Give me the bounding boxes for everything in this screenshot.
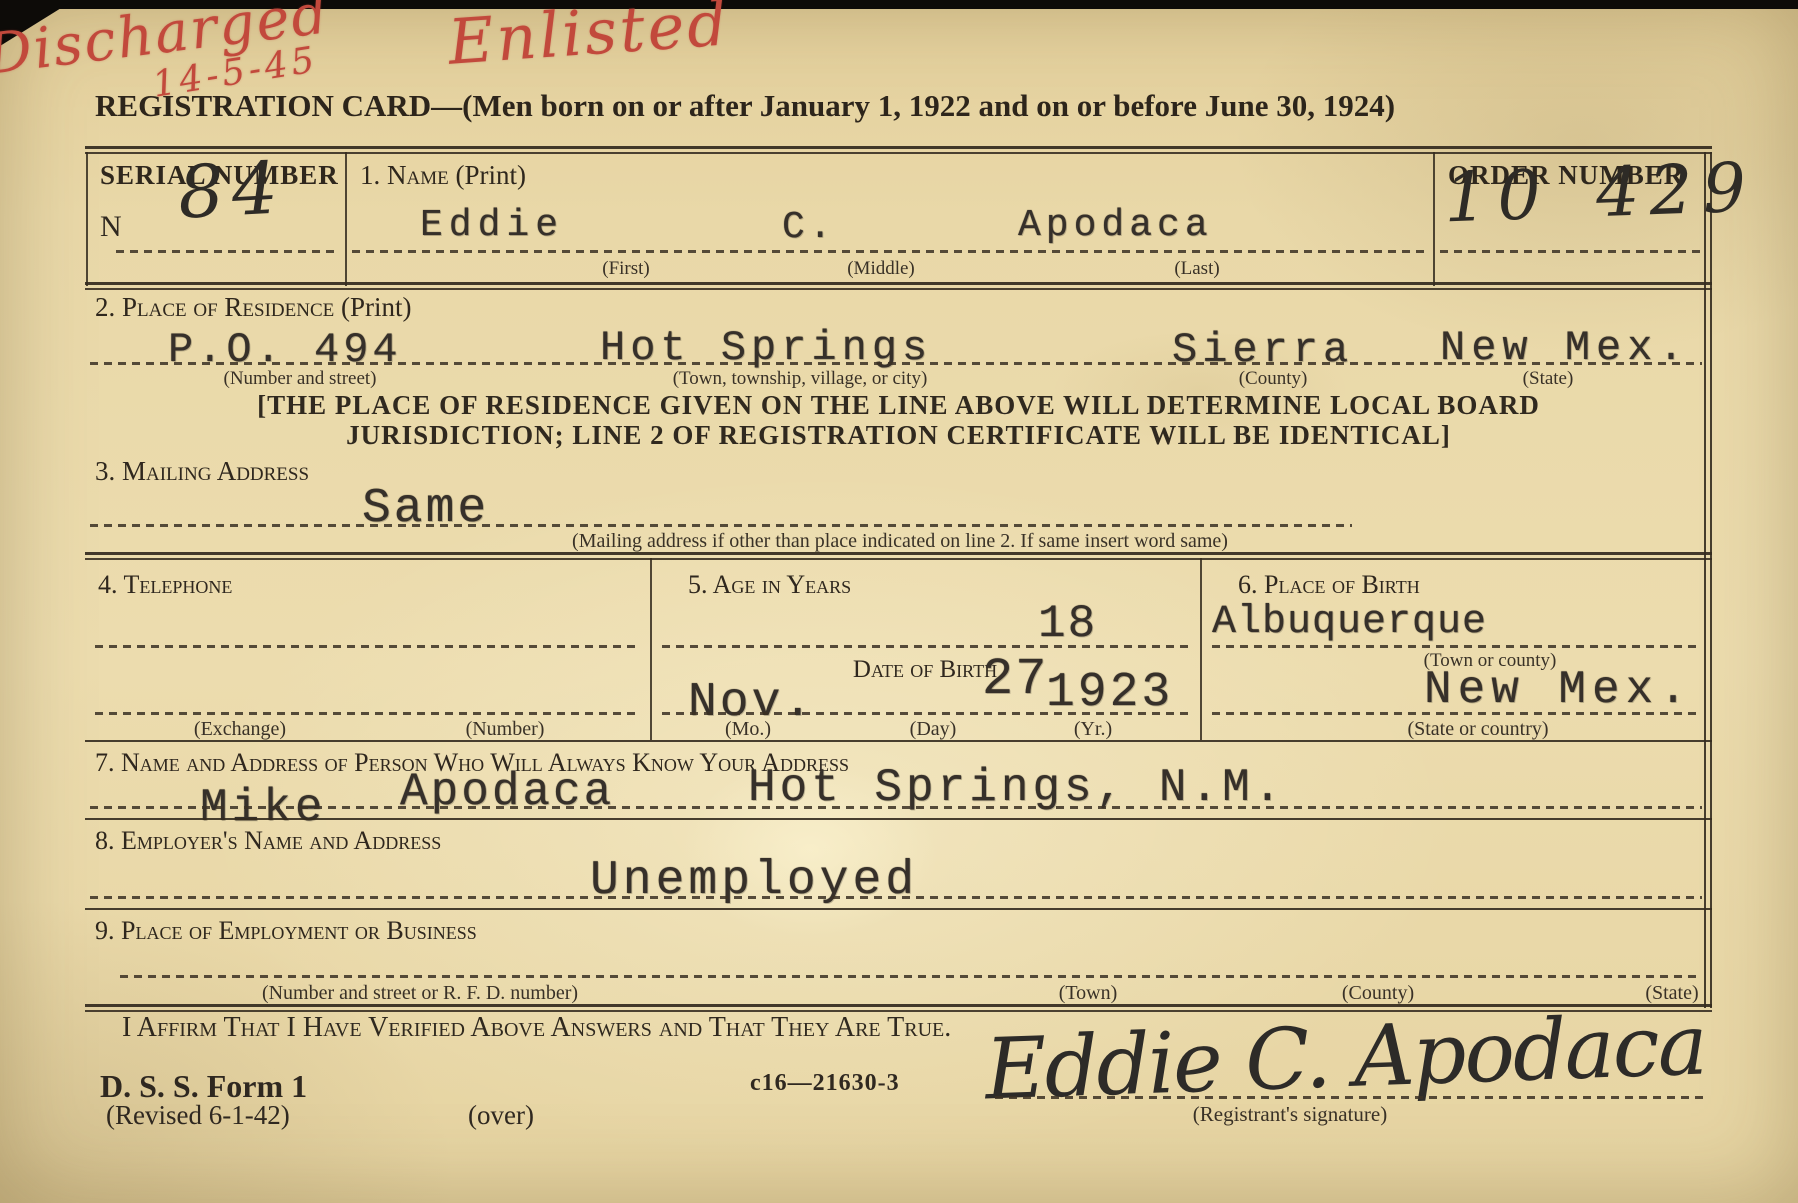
birthplace-town-value: Albuquerque xyxy=(1212,600,1487,645)
order-line xyxy=(1440,250,1702,253)
telephone-exchange-label: (Exchange) xyxy=(165,718,315,741)
contact-line xyxy=(90,806,1702,809)
employer-value: Unemployed xyxy=(590,854,918,908)
mailing-line xyxy=(90,524,1352,527)
telephone-line xyxy=(95,645,640,648)
residence-street-label: (Number and street) xyxy=(190,368,410,390)
birthplace-state-label: (State or country) xyxy=(1368,718,1588,741)
jurisdiction-note-line2: JURISDICTION; LINE 2 OF REGISTRATION CER… xyxy=(85,420,1712,451)
cell-divider xyxy=(1433,152,1435,286)
age-value: 18 xyxy=(1038,598,1097,650)
residence-street-value: P.O. 494 xyxy=(168,326,402,374)
col-divider xyxy=(650,558,652,740)
last-label: (Last) xyxy=(1137,258,1257,280)
name-section-label: 1. Name (Print) xyxy=(360,160,526,191)
dob-line xyxy=(662,712,1190,715)
employment-county-label: (County) xyxy=(1303,982,1453,1005)
residence-county-value: Sierra xyxy=(1172,326,1353,374)
contact-bottom-rule xyxy=(85,818,1712,820)
age-line xyxy=(662,645,1190,648)
mailing-bottom-rule xyxy=(85,552,1712,560)
registration-card: Discharged 14-5-45 Enlisted REGISTRATION… xyxy=(0,0,1798,1203)
employment-line xyxy=(120,975,1702,978)
residence-section-label: 2. Place of Residence (Print) xyxy=(95,292,412,323)
mailing-note: (Mailing address if other than place ind… xyxy=(420,530,1380,553)
name-line xyxy=(352,250,1428,253)
order-number-value: 10 429 xyxy=(1443,149,1758,239)
residence-town-label: (Town, township, village, or city) xyxy=(620,368,980,390)
name-middle-value: C. xyxy=(782,206,836,249)
registrant-signature: Eddie C. Apodaca xyxy=(984,995,1708,1118)
enlisted-annotation: Enlisted xyxy=(446,0,732,79)
employer-line xyxy=(90,896,1702,899)
col-divider xyxy=(1200,558,1202,740)
row456-bottom-rule xyxy=(85,740,1712,742)
employment-street-label: (Number and street or R. F. D. number) xyxy=(220,982,620,1005)
residence-print-label: (Print) xyxy=(341,292,412,322)
dob-day-value: 27 xyxy=(982,650,1048,709)
birthplace-town-line xyxy=(1212,645,1702,648)
middle-label: (Middle) xyxy=(821,258,941,280)
first-label: (First) xyxy=(566,258,686,280)
card-right-border xyxy=(1704,152,1712,1008)
telephone-number-label: (Number) xyxy=(430,718,580,741)
residence-county-label: (County) xyxy=(1213,368,1333,390)
birthplace-label: 6. Place of Birth xyxy=(1238,570,1420,600)
name-label: 1. Name xyxy=(360,160,449,190)
dob-month-label: (Mo.) xyxy=(673,718,823,741)
signature-line xyxy=(995,1096,1705,1099)
residence-line xyxy=(90,362,1702,365)
form-revision: (Revised 6-1-42) xyxy=(106,1100,290,1131)
signature-label: (Registrant's signature) xyxy=(1090,1102,1490,1127)
dob-year-label: (Yr.) xyxy=(1018,718,1168,741)
row1-bottom-rule xyxy=(85,282,1712,290)
age-label: 5. Age in Years xyxy=(688,570,851,600)
telephone-label: 4. Telephone xyxy=(98,570,232,600)
name-first-value: Eddie xyxy=(420,204,564,247)
employer-bottom-rule xyxy=(85,908,1712,910)
dob-day-label: (Day) xyxy=(858,718,1008,741)
cell-divider xyxy=(345,152,347,286)
contact-last-value: Apodaca xyxy=(400,766,614,818)
serial-prefix: N xyxy=(100,210,122,244)
over-note: (over) xyxy=(468,1100,534,1131)
name-print-label: (Print) xyxy=(455,160,526,190)
telephone-bottom-line xyxy=(95,712,640,715)
employer-label: 8. Employer's Name and Address xyxy=(95,826,441,856)
residence-state-label: (State) xyxy=(1488,368,1608,390)
affirmation-text: I Affirm That I Have Verified Above Answ… xyxy=(122,1012,951,1044)
print-code: c16—21630-3 xyxy=(750,1070,900,1097)
name-last-value: Apodaca xyxy=(1018,204,1213,247)
title-rule xyxy=(85,146,1712,154)
serial-number-value: 84 xyxy=(176,145,288,235)
residence-label: 2. Place of Residence xyxy=(95,292,334,322)
card-title: REGISTRATION CARD—(Men born on or after … xyxy=(95,88,1695,124)
cell-divider xyxy=(86,152,88,286)
jurisdiction-note-line1: [THE PLACE OF RESIDENCE GIVEN ON THE LIN… xyxy=(85,390,1712,421)
mailing-value: Same xyxy=(362,482,489,536)
birthplace-state-value: New Mex. xyxy=(1424,664,1693,716)
serial-line xyxy=(116,250,338,253)
mailing-label: 3. Mailing Address xyxy=(95,456,309,487)
employment-label: 9. Place of Employment or Business xyxy=(95,916,477,946)
employment-town-label: (Town) xyxy=(1013,982,1163,1005)
birthplace-state-line xyxy=(1212,712,1702,715)
